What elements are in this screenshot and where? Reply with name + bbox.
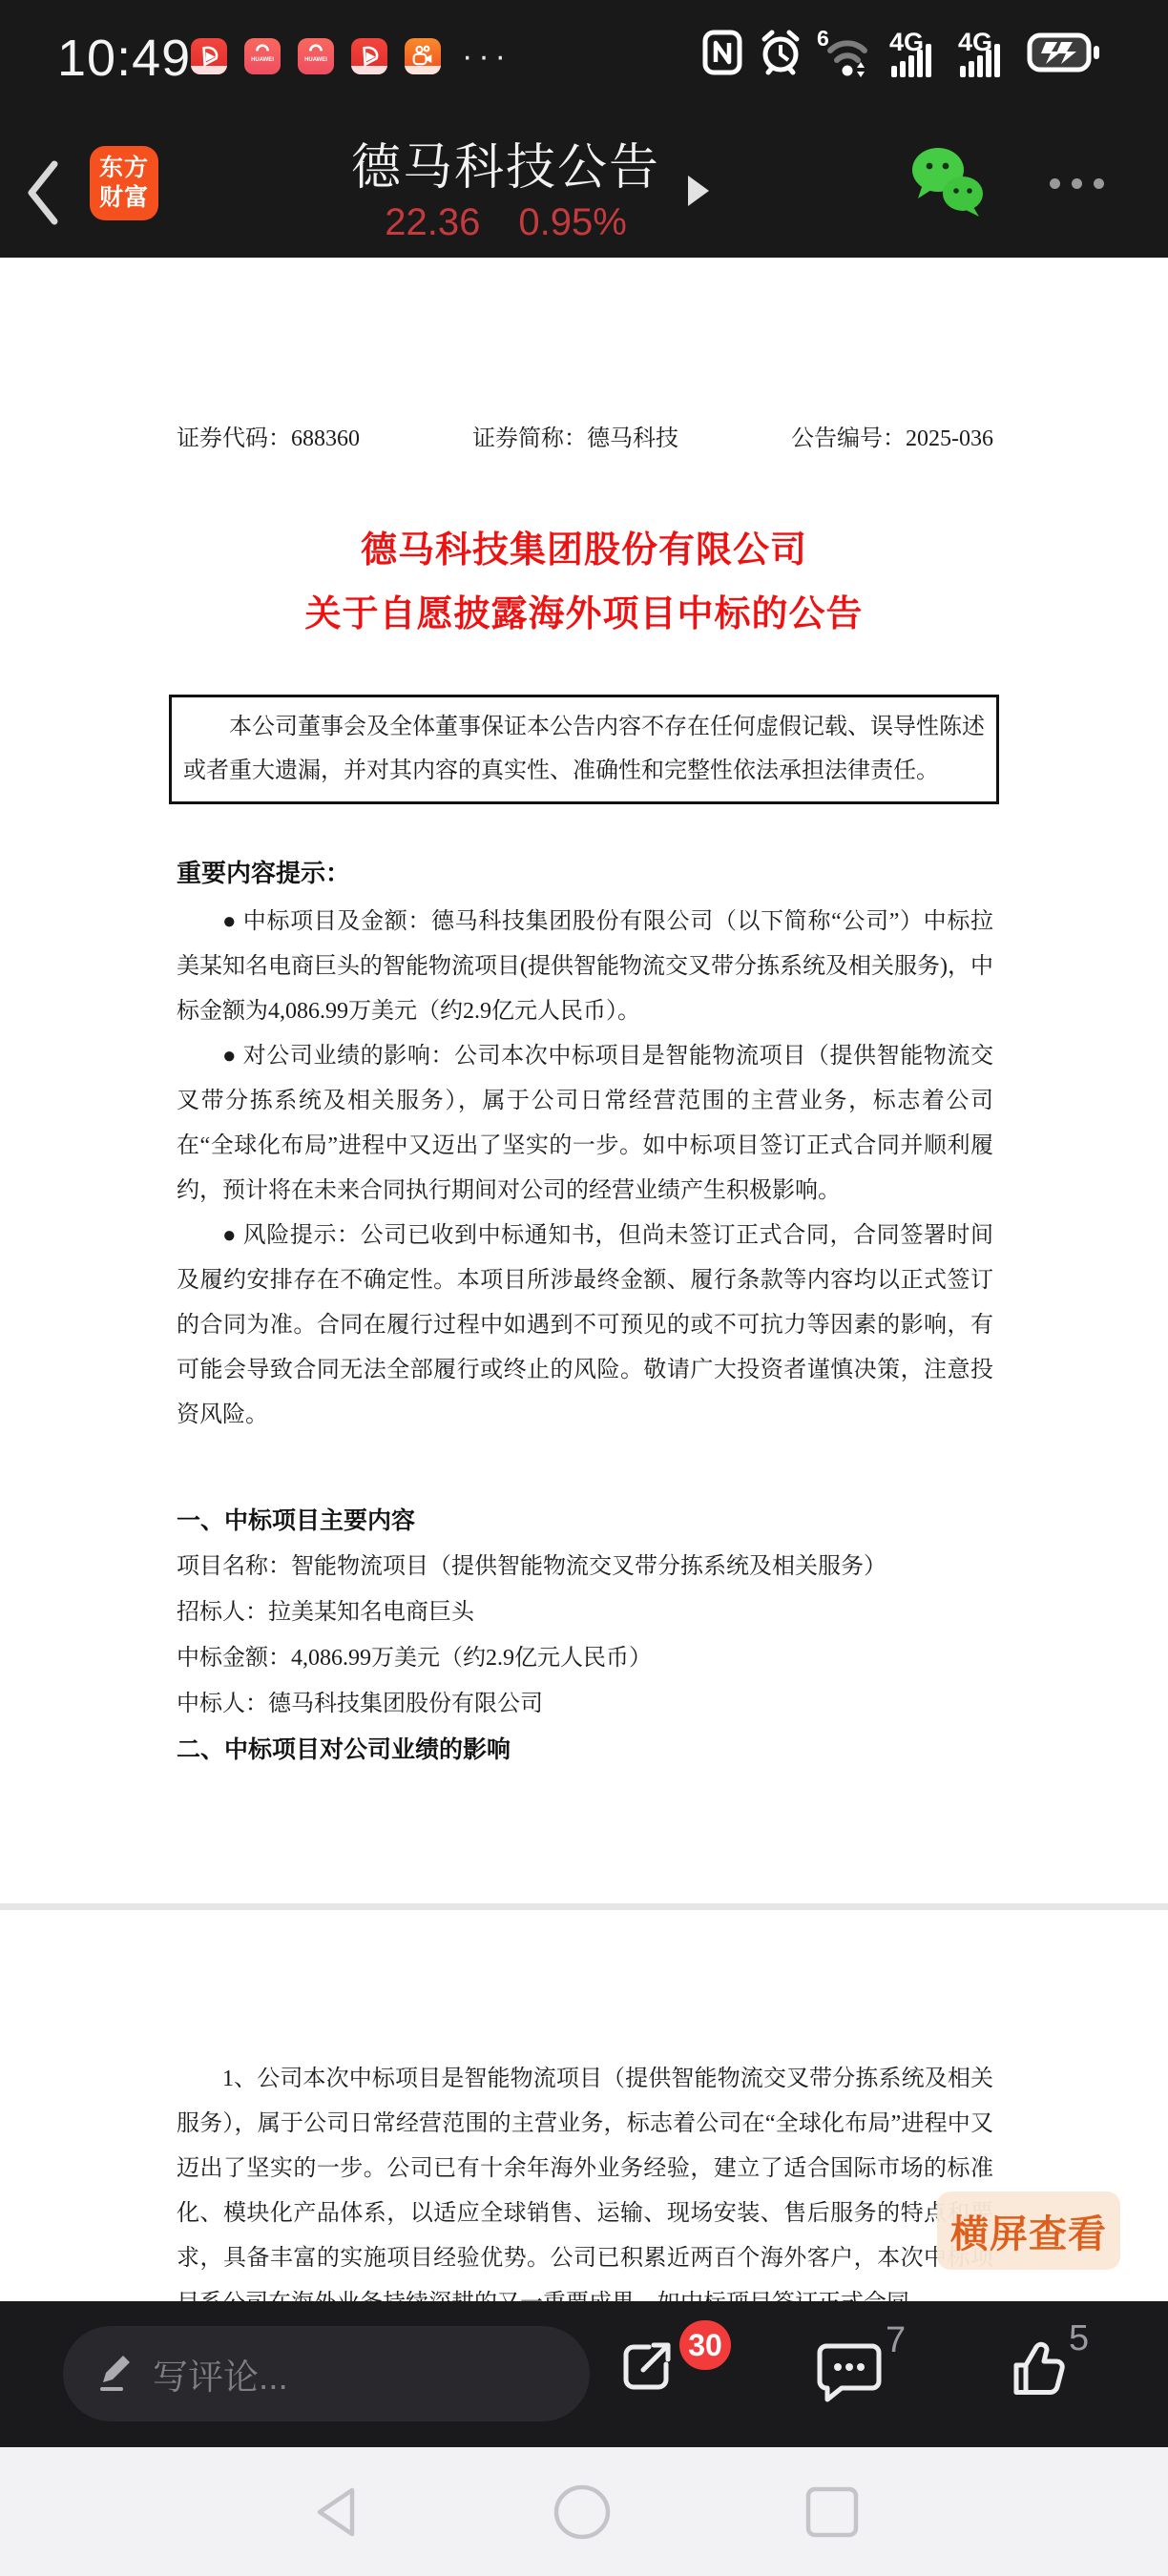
video-app-notification-icon — [191, 38, 227, 74]
eastmoney-logo[interactable]: 东方 财富 — [90, 146, 158, 220]
document-title-line2: 关于自愿披露海外项目中标的公告 — [0, 591, 1168, 638]
page-title: 德马科技公告 — [351, 138, 660, 197]
comment-count: 7 — [886, 2320, 906, 2361]
thumbs-up-icon — [1010, 2386, 1065, 2402]
comment-placeholder: 写评论... — [153, 2348, 288, 2399]
comments-button[interactable]: 7 — [815, 2341, 884, 2409]
wechat-share-button[interactable] — [907, 141, 989, 228]
share-button[interactable]: 30 — [618, 2337, 676, 2399]
logo-text-line1: 东方 — [90, 154, 158, 183]
svg-text:HUAWEI: HUAWEI — [304, 57, 327, 63]
video-app-notification-icon-2 — [351, 38, 387, 74]
like-count: 5 — [1069, 2318, 1089, 2359]
nav-back-button[interactable] — [311, 2485, 359, 2544]
stock-price: 22.36 — [385, 201, 480, 243]
document-page-1[interactable]: 证券代码：688360 证券简称：德马科技 公告编号：2025-036 德马科技… — [0, 258, 1168, 1903]
android-nav-bar — [0, 2447, 1168, 2576]
comment-input[interactable]: 写评论... — [63, 2326, 590, 2421]
declaration-box: 本公司董事会及全体董事保证本公告内容不存在任何虚假记载、误导性陈述或者重大遗漏，… — [169, 695, 999, 804]
bullet-item: ● 中标项目及金额：德马科技集团股份有限公司（以下简称“公司”）中标拉美某知名电… — [177, 900, 993, 1034]
alarm-icon — [758, 29, 803, 81]
section2-heading: 二、中标项目对公司业绩的影响 — [177, 1727, 993, 1773]
header-title-block: 德马科技公告 22.36 0.95% — [351, 138, 660, 243]
signal-4g-icon-2: 4G — [958, 31, 1012, 79]
page2-paragraph: 1、公司本次中标项目是智能物流项目（提供智能物流交叉带分拣系统及相关服务），属于… — [177, 2057, 993, 2301]
expand-arrow-icon[interactable] — [685, 173, 712, 214]
nfc-icon — [702, 30, 742, 80]
signal-4g-icon: 4G — [889, 31, 943, 79]
bullet-item: ● 对公司业绩的影响：公司本次中标项目是智能物流项目（提供智能物流交叉带分拣系统… — [177, 1034, 993, 1214]
bullet-item: ● 风险提示：公司已收到中标通知书，但尚未签订正式合同，合同签署时间及履约安排存… — [177, 1214, 993, 1438]
back-button[interactable] — [25, 159, 61, 231]
pencil-icon — [97, 2351, 134, 2398]
document-meta-row: 证券代码：688360 证券简称：德马科技 公告编号：2025-036 — [177, 422, 993, 456]
comment-bubble-icon — [815, 2392, 884, 2408]
section1-item: 招标人：拉美某知名电商巨头 — [177, 1589, 993, 1635]
section1-item: 中标人：德马科技集团股份有限公司 — [177, 1681, 993, 1727]
status-system-icons: 6 4G 4G — [702, 0, 1101, 110]
share-icon — [618, 2382, 676, 2399]
section1-item: 项目名称：智能物流项目（提供智能物流交叉带分拣系统及相关服务） — [177, 1544, 993, 1589]
like-button[interactable]: 5 — [1010, 2339, 1065, 2403]
status-time: 10:49 — [57, 29, 191, 88]
landscape-view-button[interactable]: 横屏查看 — [937, 2192, 1120, 2270]
logo-text-line2: 财富 — [90, 183, 158, 213]
comment-toolbar: 写评论... 30 7 — [0, 2301, 1168, 2447]
notification-icons: HUAWEI HUAWEI ··· — [191, 38, 511, 74]
declaration-text: 本公司董事会及全体董事保证本公告内容不存在任何虚假记载、误导性陈述或者重大遗漏，… — [183, 705, 985, 793]
more-menu-button[interactable] — [1050, 178, 1104, 189]
screen: 10:49 HUAWEI HUAWEI ··· — [0, 0, 1168, 2576]
nav-home-button[interactable] — [552, 2483, 613, 2545]
document-sections: 一、中标项目主要内容 项目名称：智能物流项目（提供智能物流交叉带分拣系统及相关服… — [177, 1498, 993, 1773]
section1-item: 中标金额：4,086.99万美元（约2.9亿元人民币） — [177, 1635, 993, 1681]
nav-recents-button[interactable] — [805, 2486, 859, 2543]
section1-heading: 一、中标项目主要内容 — [177, 1498, 993, 1544]
status-bar: 10:49 HUAWEI HUAWEI ··· — [0, 0, 1168, 110]
security-code: 证券代码：688360 — [177, 422, 360, 456]
kuaishou-notification-icon — [405, 38, 441, 74]
app-header: 东方 财富 德马科技公告 22.36 0.95% — [0, 110, 1168, 258]
page-divider — [0, 1903, 1168, 1910]
security-name: 证券简称：德马科技 — [472, 422, 678, 456]
announcement-number: 公告编号：2025-036 — [791, 422, 993, 456]
notice-bullets: ● 中标项目及金额：德马科技集团股份有限公司（以下简称“公司”）中标拉美某知名电… — [177, 900, 993, 1438]
huawei-appgallery-notification-icon: HUAWEI — [244, 38, 281, 74]
notice-heading: 重要内容提示： — [177, 854, 350, 892]
svg-text:HUAWEI: HUAWEI — [251, 57, 274, 63]
stock-change: 0.95% — [518, 201, 626, 243]
huawei-appgallery-notification-icon-2: HUAWEI — [298, 38, 334, 74]
wifi-icon: 6 — [819, 31, 874, 79]
share-badge: 30 — [679, 2320, 731, 2370]
more-notifications-icon: ··· — [462, 38, 511, 74]
battery-charging-icon — [1027, 32, 1101, 77]
document-title-line1: 德马科技集团股份有限公司 — [0, 527, 1168, 574]
stock-quote[interactable]: 22.36 0.95% — [351, 201, 660, 243]
